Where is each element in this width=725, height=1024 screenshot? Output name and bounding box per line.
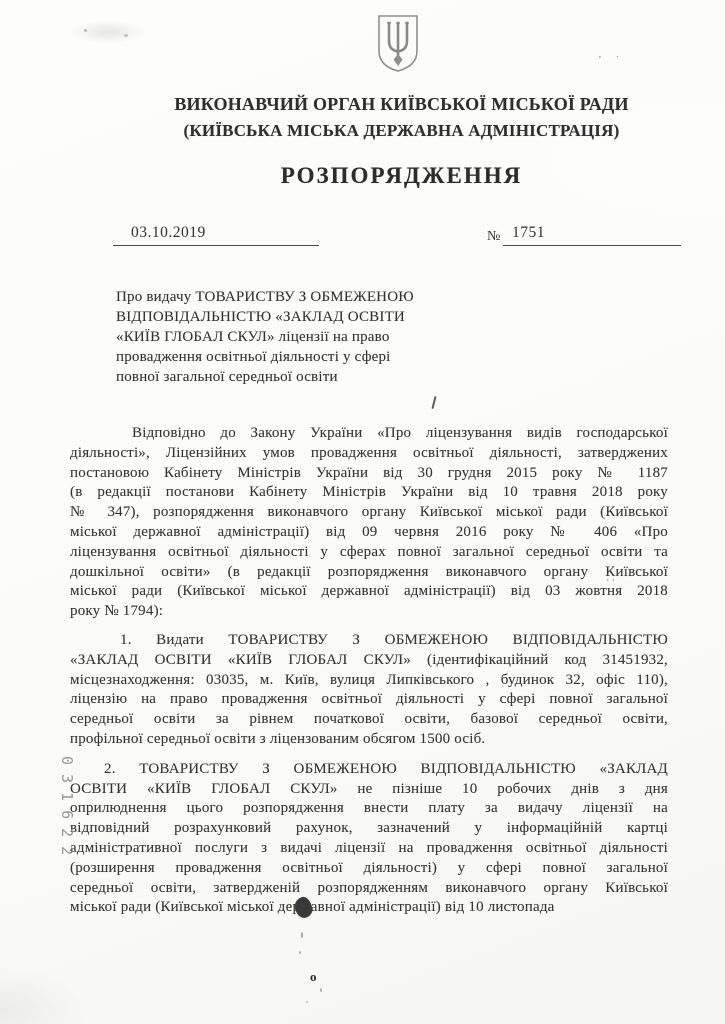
ink-dot [306, 1001, 308, 1003]
paragraph-item-2: 2. ТОВАРИСТВУ З ОБМЕЖЕНОЮ ВІДПОВІДАЛЬНІС… [70, 760, 668, 918]
paragraph-intro-line: міської ради (Київської міської державно… [70, 582, 668, 602]
paragraph-item-2-line: відповідний розрахунковий рахунок, зазна… [70, 819, 668, 839]
paragraph-intro-line: діяльності», Ліцензійних умов провадженн… [70, 444, 668, 464]
paragraph-item-1-line: 1. Видати ТОВАРИСТВУ З ОБМЕЖЕНОЮ ВІДПОВІ… [70, 631, 668, 651]
subject-block: Про видачу ТОВАРИСТВУ З ОБМЕЖЕНОЮВІДПОВІ… [116, 287, 466, 387]
tick-marks: ’’ [606, 578, 618, 589]
subject-block-line: повної загальної середньої освіти [116, 367, 466, 387]
ink-dot [301, 932, 303, 938]
paragraph-item-2-line: міської ради (Київської міської державно… [70, 898, 668, 918]
number-label: № [487, 229, 500, 245]
paragraph-intro-line: дошкільної освіти» (в редакції розпорядж… [70, 563, 668, 583]
paragraph-item-1: 1. Видати ТОВАРИСТВУ З ОБМЕЖЕНОЮ ВІДПОВІ… [70, 631, 668, 750]
paragraph-item-1-line: «ЗАКЛАД ОСВІТИ «КИЇВ ГЛОБАЛ СКУЛ» (ідент… [70, 651, 668, 671]
paper-speck [84, 29, 87, 32]
document-type-title: РОЗПОРЯДЖЕННЯ [78, 163, 725, 189]
paragraph-item-2-line: ОСВІТИ «КИЇВ ГЛОБАЛ СКУЛ» не пізніше 10 … [70, 780, 668, 800]
paragraph-intro-line: постановою Кабінету Міністрів України ві… [70, 464, 668, 484]
paragraph-item-1-line: середньої освіти за рівнем початкової ос… [70, 710, 668, 730]
paragraph-item-2-line: (розширення провадження освітньої діяльн… [70, 859, 668, 879]
paragraph-intro-line: міської державної адміністрації) від 09 … [70, 523, 668, 543]
tick-marks: ’ ˙ [598, 54, 625, 66]
subject-block-line: провадження освітньої діяльності у сфері [116, 347, 466, 367]
subject-block-line: ВІДПОВІДАЛЬНІСТЮ «ЗАКЛАД ОСВІТИ [116, 307, 466, 327]
meta-row: 03.10.2019 № 1751 [0, 224, 725, 250]
paragraph-item-2-line: оприлюднення цього розпорядження внести … [70, 799, 668, 819]
subject-block-line: Про видачу ТОВАРИСТВУ З ОБМЕЖЕНОЮ [116, 287, 466, 307]
paragraph-item-2-line: адміністративної послуги з видачі ліценз… [70, 839, 668, 859]
scan-registration-number: 031622 [58, 756, 76, 864]
scanned-document-page: ВИКОНАВЧИЙ ОРГАН КИЇВСЬКОЇ МІСЬКОЇ РАДИ … [0, 0, 725, 1024]
org-name-line2: (КИЇВСЬКА МІСЬКА ДЕРЖАВНА АДМІНІСТРАЦІЯ) [78, 121, 725, 141]
body-text: Відповідно до Закону України «Про ліценз… [70, 424, 668, 918]
paragraph-item-1-line: місцезнаходження: 03035, м. Київ, вулиця… [70, 671, 668, 691]
paragraph-item-1-line: ліцензію на право провадження освітньої … [70, 690, 668, 710]
ukraine-trident-emblem-icon [375, 13, 421, 74]
date-field: 03.10.2019 [113, 224, 319, 246]
ink-dot [320, 988, 322, 992]
paragraph-intro-line: (в редакції постанови Кабінету Міністрів… [70, 483, 668, 503]
paragraph-item-1-line: профільної середньої освіти з ліцензован… [70, 730, 668, 750]
paragraph-intro-line: ліцензування освітньої діяльності у сфер… [70, 543, 668, 563]
stray-letter-mark: о [310, 969, 317, 985]
paragraph-intro: Відповідно до Закону України «Про ліценз… [70, 424, 668, 622]
paragraph-intro-line: № 347), розпорядження виконавчого органу… [70, 503, 668, 523]
number-field: 1751 [503, 224, 681, 246]
org-name-line1: ВИКОНАВЧИЙ ОРГАН КИЇВСЬКОЇ МІСЬКОЇ РАДИ [78, 94, 725, 115]
paragraph-intro-line: року № 1794): [70, 602, 668, 622]
paragraph-item-2-line: 2. ТОВАРИСТВУ З ОБМЕЖЕНОЮ ВІДПОВІДАЛЬНІС… [70, 760, 668, 780]
ink-dot [299, 951, 301, 954]
stray-pen-mark [431, 396, 436, 409]
subject-block-line: «КИЇВ ГЛОБАЛ СКУЛ» ліцензії на право [116, 327, 466, 347]
paper-speck [124, 34, 128, 37]
paragraph-item-2-line: середньої освіти, затвердженій розпорядж… [70, 879, 668, 899]
paragraph-intro-line: Відповідно до Закону України «Про ліценз… [70, 424, 668, 444]
